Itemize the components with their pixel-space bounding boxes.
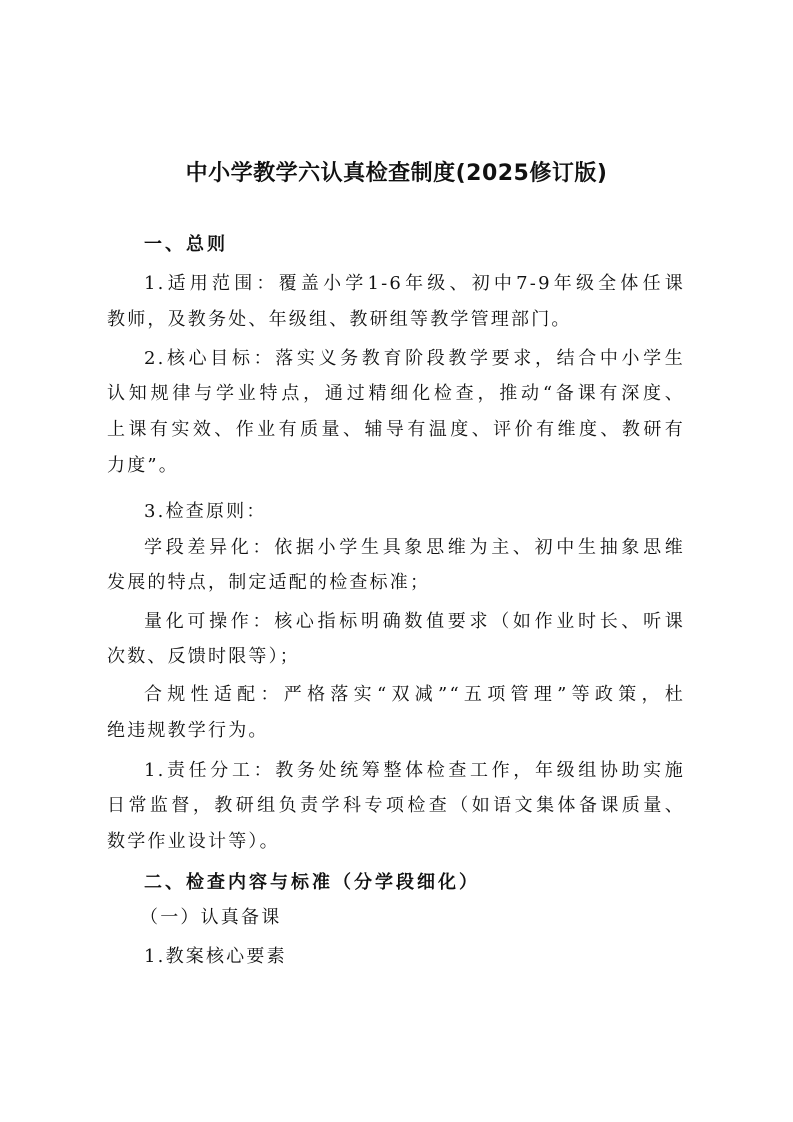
- paragraph-line: 日常监督，教研组负责学科专项检查（如语文集体备课质量、: [107, 794, 685, 818]
- paragraph-line: 3.检查原则：: [144, 500, 685, 524]
- paragraph-line: 2.核心目标：落实义务教育阶段教学要求，结合中小学生: [144, 347, 685, 371]
- paragraph-line: 合规性适配：严格落实“双减”“五项管理”等政策，杜: [144, 683, 685, 707]
- paragraph-line: 力度”。: [107, 454, 685, 478]
- paragraph-line: 量化可操作：核心指标明确数值要求（如作业时长、听课: [144, 610, 685, 634]
- paragraph-line: 1.责任分工：教务处统筹整体检查工作，年级组协助实施: [144, 759, 685, 783]
- document-title: 中小学教学六认真检查制度(2025修订版): [0, 156, 793, 187]
- paragraph-line: 认知规律与学业特点，通过精细化检查，推动“备课有深度、: [107, 382, 685, 406]
- list-item: 1.教案核心要素: [144, 945, 685, 969]
- paragraph-line: 绝违规教学行为。: [107, 719, 685, 743]
- paragraph-line: 学段差异化：依据小学生具象思维为主、初中生抽象思维: [144, 536, 685, 560]
- document-page: 中小学教学六认真检查制度(2025修订版) 一、总则 1.适用范围：覆盖小学1-…: [0, 0, 793, 1122]
- paragraph-line: 上课有实效、作业有质量、辅导有温度、评价有维度、教研有: [107, 418, 685, 442]
- subsection-heading: （一）认真备课: [140, 906, 718, 930]
- paragraph-line: 1.适用范围：覆盖小学1-6年级、初中7-9年级全体任课: [144, 272, 685, 296]
- paragraph-line: 发展的特点，制定适配的检查标准；: [107, 571, 685, 595]
- section-heading-content: 二、检查内容与标准（分学段细化）: [144, 871, 685, 895]
- section-heading-general: 一、总则: [144, 233, 685, 257]
- paragraph-line: 教师，及教务处、年级组、教研组等教学管理部门。: [107, 308, 685, 332]
- paragraph-line: 次数、反馈时限等）；: [107, 645, 685, 669]
- paragraph-line: 数学作业设计等）。: [107, 830, 685, 854]
